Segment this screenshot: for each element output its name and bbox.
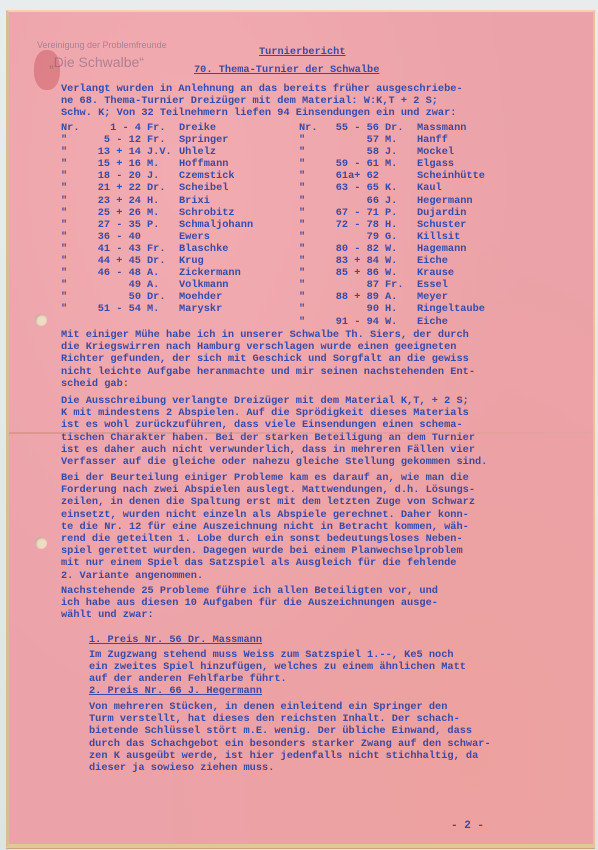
entry-prefix: "	[299, 170, 317, 182]
entry-prefix: Nr.	[61, 122, 79, 134]
report-title: Turnierbericht	[259, 46, 346, 58]
page-number: - 2 -	[451, 820, 484, 832]
entry-prefix: "	[61, 219, 79, 231]
judging-paragraph: Bei der Beurteilung einiger Probleme kam…	[61, 472, 571, 582]
entry-initial: P.	[147, 219, 179, 231]
entry-initial: H.	[385, 219, 417, 231]
entry-prefix: "	[299, 182, 317, 194]
entry-numbers: 50	[79, 291, 147, 303]
entry-row: "63 - 65K.Kaul	[299, 182, 569, 194]
entry-numbers: 88 + 89	[317, 291, 385, 303]
entry-prefix: "	[61, 231, 79, 243]
entry-row: "41 - 43Fr.Blaschke	[61, 243, 311, 255]
entry-numbers: 66	[317, 195, 385, 207]
entry-initial: M.	[385, 134, 417, 146]
entry-prefix: "	[61, 146, 79, 158]
entry-initial: M.	[385, 158, 417, 170]
entry-initial: Dr.	[147, 291, 179, 303]
entry-name: Hanff	[417, 134, 448, 146]
entry-prefix: "	[299, 267, 317, 279]
entry-row: "46 - 48A.Zickermann	[61, 267, 311, 279]
entry-prefix: "	[61, 255, 79, 267]
entry-prefix: "	[299, 134, 317, 146]
entry-row: "66J.Hegermann	[299, 195, 569, 207]
entry-initial: J.V.	[147, 146, 179, 158]
entry-name: Volkmann	[179, 279, 228, 291]
entry-prefix: "	[299, 207, 317, 219]
entry-initial: A.	[385, 291, 417, 303]
entry-numbers: 44 + 45	[79, 255, 147, 267]
entry-name: Ringeltaube	[417, 303, 485, 315]
entry-row: "72 - 78H.Schuster	[299, 219, 569, 231]
entry-numbers: 58	[317, 146, 385, 158]
entry-numbers: 15 + 16	[79, 158, 147, 170]
entry-row: "80 - 82W.Hagemann	[299, 243, 569, 255]
entry-initial: A.	[147, 267, 179, 279]
punch-hole-icon	[35, 314, 47, 326]
entry-name: Essel	[417, 279, 448, 291]
entry-name: Krug	[179, 255, 204, 267]
prize-1-text: Im Zugzwang stehend muss Weiss zum Satzs…	[89, 649, 569, 686]
entry-numbers: 90	[317, 303, 385, 315]
entry-initial: G.	[385, 231, 417, 243]
entry-numbers: 91 - 94	[317, 316, 385, 328]
entry-prefix: "	[299, 231, 317, 243]
entry-prefix: "	[299, 291, 317, 303]
entry-numbers: 41 - 43	[79, 243, 147, 255]
entry-prefix: "	[61, 267, 79, 279]
entry-numbers: 80 - 82	[317, 243, 385, 255]
entry-numbers: 18 - 20	[79, 170, 147, 182]
entry-name: Elgass	[417, 158, 454, 170]
entry-name: Czemstick	[179, 170, 235, 182]
entry-numbers: 51 - 54	[79, 303, 147, 315]
entry-name: Springer	[179, 134, 228, 146]
entry-initial: Dr.	[385, 122, 417, 134]
entry-initial: M.	[147, 207, 179, 219]
entry-initial: Fr.	[147, 134, 179, 146]
prize-1-title: 1. Preis Nr. 56 Dr. Massmann	[89, 634, 262, 646]
entry-prefix: "	[299, 279, 317, 291]
entry-name: Massmann	[417, 122, 466, 134]
entry-row: "59 - 61M.Elgass	[299, 158, 569, 170]
entry-numbers: 61a+ 62	[317, 170, 385, 182]
entry-prefix: "	[61, 134, 79, 146]
entry-numbers: 13 + 14	[79, 146, 147, 158]
entry-name: Moehder	[179, 291, 222, 303]
prize-2-text: Von mehreren Stücken, in denen einleiten…	[89, 701, 579, 774]
entry-initial: J.	[385, 195, 417, 207]
entry-prefix: "	[61, 279, 79, 291]
stamp-line-1: Vereinigung der Problemfreunde	[37, 40, 167, 50]
entry-prefix: "	[61, 182, 79, 194]
entry-initial: P.	[385, 207, 417, 219]
entry-initial: Fr.	[147, 243, 179, 255]
entry-row: "36 - 40Ewers	[61, 231, 311, 243]
entry-name: Eiche	[417, 255, 448, 267]
entry-numbers: 25 + 26	[79, 207, 147, 219]
entry-initial: W.	[385, 267, 417, 279]
entry-prefix: "	[61, 291, 79, 303]
entry-row: "5 - 12Fr.Springer	[61, 134, 311, 146]
entry-row: "85 + 86W.Krause	[299, 267, 569, 279]
entry-prefix: "	[61, 303, 79, 315]
entry-numbers: 72 - 78	[317, 219, 385, 231]
entry-row: "49A.Volkmann	[61, 279, 311, 291]
entry-name: Meyer	[417, 291, 448, 303]
entry-numbers: 49	[79, 279, 147, 291]
entry-row: "79G.Killsit	[299, 231, 569, 243]
entry-numbers: 1 - 4	[79, 122, 147, 134]
entry-numbers: 55 - 56	[317, 122, 385, 134]
entry-name: Eiche	[417, 316, 448, 328]
entry-row: "50Dr.Moehder	[61, 291, 311, 303]
entry-prefix: "	[299, 255, 317, 267]
stamp-line-2: „Die Schwalbe“	[49, 54, 144, 70]
entry-numbers: 59 - 61	[317, 158, 385, 170]
entry-row: "18 - 20J.Czemstick	[61, 170, 311, 182]
entry-name: Zickermann	[179, 267, 241, 279]
prize-2-title: 2. Preis Nr. 66 J. Hegermann	[89, 685, 262, 697]
entry-prefix: "	[61, 170, 79, 182]
entry-name: Scheibel	[179, 182, 228, 194]
entry-row: "51 - 54M.Maryskr	[61, 303, 311, 315]
entry-initial: M.	[147, 158, 179, 170]
entry-row: "58J.Mockel	[299, 146, 569, 158]
entry-row: "23 + 24H.Brixi	[61, 195, 311, 207]
entry-name: Hagemann	[417, 243, 466, 255]
selection-paragraph: Nachstehende 25 Probleme führe ich allen…	[61, 585, 571, 622]
entry-name: Kaul	[417, 182, 442, 194]
entry-numbers: 85 + 86	[317, 267, 385, 279]
entry-name: Killsit	[417, 231, 460, 243]
entries-list-right: Nr.55 - 56Dr.Massmann"57M.Hanff"58J.Mock…	[299, 122, 569, 328]
entry-numbers: 87	[317, 279, 385, 291]
entry-prefix: "	[299, 219, 317, 231]
entry-numbers: 46 - 48	[79, 267, 147, 279]
entry-prefix: "	[299, 316, 317, 328]
punch-hole-icon	[35, 537, 47, 549]
entry-initial: M.	[147, 303, 179, 315]
material-paragraph: Die Ausschreibung verlangte Dreizüger mi…	[61, 395, 571, 468]
entry-numbers: 83 + 84	[317, 255, 385, 267]
entry-initial: Dr.	[147, 182, 179, 194]
entry-initial	[385, 170, 417, 182]
entry-numbers: 27 - 35	[79, 219, 147, 231]
entry-initial: W.	[385, 243, 417, 255]
entry-numbers: 67 - 71	[317, 207, 385, 219]
entry-initial: H.	[385, 303, 417, 315]
entry-initial: W.	[385, 316, 417, 328]
entry-name: Hegermann	[417, 195, 473, 207]
entry-row: Nr.1 - 4Fr.Dreike	[61, 122, 311, 134]
entry-numbers: 36 - 40	[79, 231, 147, 243]
entry-row: "83 + 84W.Eiche	[299, 255, 569, 267]
entry-name: Brixi	[179, 195, 210, 207]
entry-initial: Fr.	[385, 279, 417, 291]
entry-row: "15 + 16M.Hoffmann	[61, 158, 311, 170]
entry-row: "13 + 14J.V.Uhlelz	[61, 146, 311, 158]
entry-row: "90H.Ringeltaube	[299, 303, 569, 315]
entry-initial: Fr.	[147, 122, 179, 134]
entry-name: Hoffmann	[179, 158, 228, 170]
entry-prefix: "	[299, 243, 317, 255]
entry-prefix: "	[61, 195, 79, 207]
intro-paragraph: Verlangt wurden in Anlehnung an das bere…	[61, 83, 571, 120]
entry-row: Nr.55 - 56Dr.Massmann	[299, 122, 569, 134]
entry-prefix: "	[299, 146, 317, 158]
entry-prefix: "	[61, 207, 79, 219]
entry-name: Scheinhütte	[417, 170, 485, 182]
entry-row: "88 + 89A.Meyer	[299, 291, 569, 303]
entry-row: "67 - 71P.Dujardin	[299, 207, 569, 219]
entry-numbers: 23 + 24	[79, 195, 147, 207]
entry-numbers: 5 - 12	[79, 134, 147, 146]
entry-name: Schmaljohann	[179, 219, 253, 231]
entry-row: "21 + 22Dr.Scheibel	[61, 182, 311, 194]
report-subtitle: 70. Thema-Turnier der Schwalbe	[194, 64, 379, 76]
entry-name: Maryskr	[179, 303, 222, 315]
entry-prefix: Nr.	[299, 122, 317, 134]
entry-name: Blaschke	[179, 243, 228, 255]
entry-numbers: 79	[317, 231, 385, 243]
entry-prefix: "	[299, 303, 317, 315]
entry-initial: J.	[147, 170, 179, 182]
entry-numbers: 21 + 22	[79, 182, 147, 194]
entry-prefix: "	[299, 195, 317, 207]
entry-initial: W.	[385, 255, 417, 267]
entry-initial: J.	[385, 146, 417, 158]
entry-initial	[147, 231, 179, 243]
entry-numbers: 57	[317, 134, 385, 146]
entry-row: "27 - 35P.Schmaljohann	[61, 219, 311, 231]
entry-initial: A.	[147, 279, 179, 291]
entry-name: Dreike	[179, 122, 216, 134]
entry-name: Schrobitz	[179, 207, 235, 219]
entry-name: Dujardin	[417, 207, 466, 219]
entry-name: Ewers	[179, 231, 210, 243]
entry-initial: K.	[385, 182, 417, 194]
entry-row: "44 + 45Dr.Krug	[61, 255, 311, 267]
entry-name: Krause	[417, 267, 454, 279]
entries-list-left: Nr.1 - 4Fr.Dreike"5 - 12Fr.Springer"13 +…	[61, 122, 311, 316]
judge-paragraph: Mit einiger Mühe habe ich in unserer Sch…	[61, 329, 571, 390]
entry-initial: H.	[147, 195, 179, 207]
entry-prefix: "	[299, 158, 317, 170]
entry-row: "57M.Hanff	[299, 134, 569, 146]
entry-row: "87Fr.Essel	[299, 279, 569, 291]
entry-prefix: "	[61, 243, 79, 255]
entry-numbers: 63 - 65	[317, 182, 385, 194]
entry-row: "61a+ 62Scheinhütte	[299, 170, 569, 182]
entry-initial: Dr.	[147, 255, 179, 267]
document-page: Vereinigung der Problemfreunde „Die Schw…	[6, 10, 595, 848]
entry-row: "91 - 94W.Eiche	[299, 316, 569, 328]
entry-name: Uhlelz	[179, 146, 216, 158]
entry-name: Mockel	[417, 146, 454, 158]
entry-prefix: "	[61, 158, 79, 170]
entry-name: Schuster	[417, 219, 466, 231]
entry-row: "25 + 26M.Schrobitz	[61, 207, 311, 219]
